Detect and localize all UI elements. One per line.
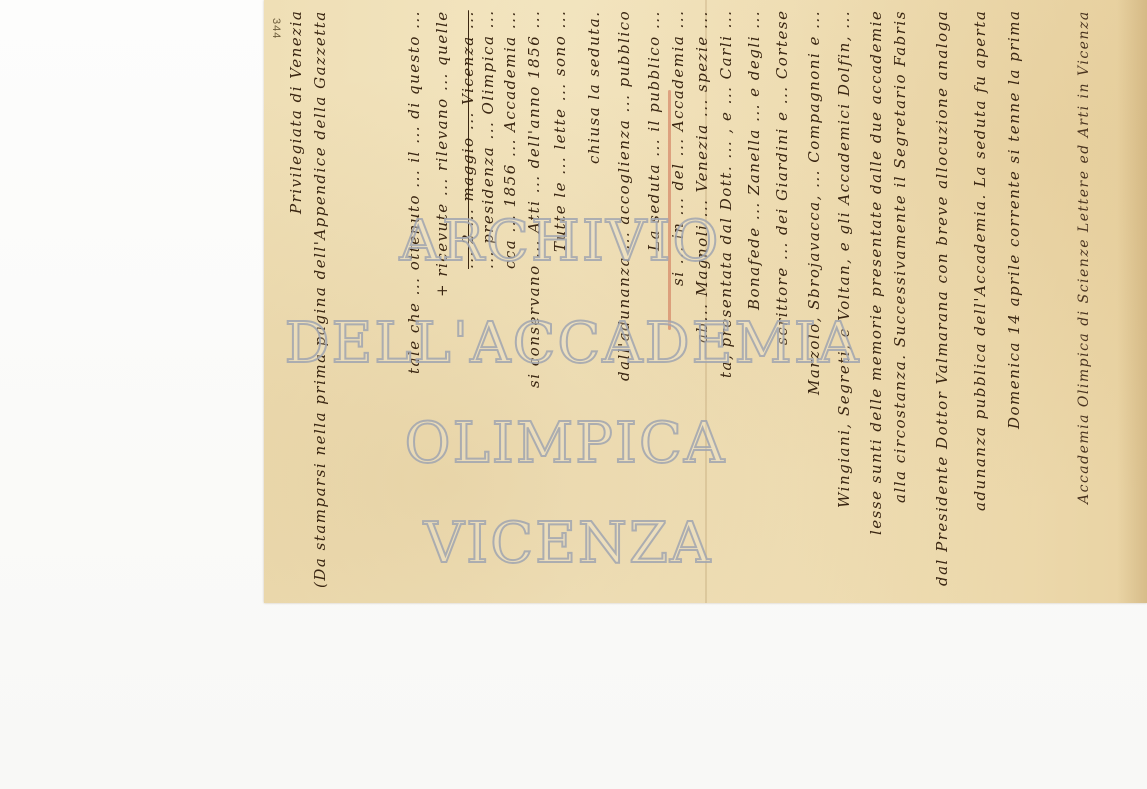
manuscript-text: Accademia Olimpica di Scienze Lettere ed… xyxy=(264,0,1147,603)
manuscript-line: (Da stamparsi nella prima pagina dell'Ap… xyxy=(310,10,330,595)
manuscript-line: Tutte le ... lette ... sono ... xyxy=(550,10,570,595)
manuscript-line: Bonafede ... Zanella ... e degli ... xyxy=(744,10,764,595)
manuscript-line: ... 2 ... maggio ... Vicenza ... xyxy=(458,10,478,595)
manuscript-line: si conservano ... Atti ... dell'anno 185… xyxy=(524,10,544,595)
manuscript-line: cca ... 1856 ... Accademia ... xyxy=(500,10,520,595)
manuscript-line: ... presidenza ... Olimpica ... xyxy=(478,10,498,595)
manuscript-line: si ... in ... del ... Accademia ... xyxy=(668,10,688,595)
manuscript-line: Marzolo, Sbrojavacca, ... Compagnoni e .… xyxy=(804,10,824,595)
manuscript-line: Accademia Olimpica di Scienze Lettere ed… xyxy=(1074,10,1094,595)
manuscript-line: adunanza pubblica dell'Accademia. La sed… xyxy=(970,10,990,595)
manuscript-line: tale che ... ottenuto ... il ... di ques… xyxy=(404,10,424,595)
manuscript-line: La seduta ... il pubblico ... xyxy=(644,10,664,595)
manuscript-line: Domenica 14 aprile corrente si tenne la … xyxy=(1004,10,1024,595)
manuscript-line: + ricevute ... rilevano ... quelle xyxy=(432,10,452,595)
manuscript-line: dal Presidente Dottor Valmarana con brev… xyxy=(932,10,952,595)
manuscript-line: ta, presentata dal Dott. ... , e ... Car… xyxy=(716,10,736,595)
manuscript-line: alla circostanza. Successivamente il Seg… xyxy=(890,10,910,595)
manuscript-paper: Accademia Olimpica di Scienze Lettere ed… xyxy=(264,0,1147,603)
archive-number: 344 xyxy=(270,18,282,39)
manuscript-line: ab... Magnoli ... Venezia ... spezie ... xyxy=(692,10,712,595)
manuscript-line: chiusa la seduta. xyxy=(584,10,604,595)
manuscript-line: Privilegiata di Venezia xyxy=(286,10,306,595)
manuscript-line: scrittore ... dei Giardini e ... Cortese xyxy=(772,10,792,595)
scanned-page: Accademia Olimpica di Scienze Lettere ed… xyxy=(0,0,1147,789)
manuscript-line: dall'adunanza ... accoglienza ... pubbli… xyxy=(614,10,634,595)
manuscript-line: Wingiani, Segreti, e Voltan, e gli Accad… xyxy=(834,10,854,595)
manuscript-line: lesse sunti delle memorie presentate dal… xyxy=(866,10,886,595)
